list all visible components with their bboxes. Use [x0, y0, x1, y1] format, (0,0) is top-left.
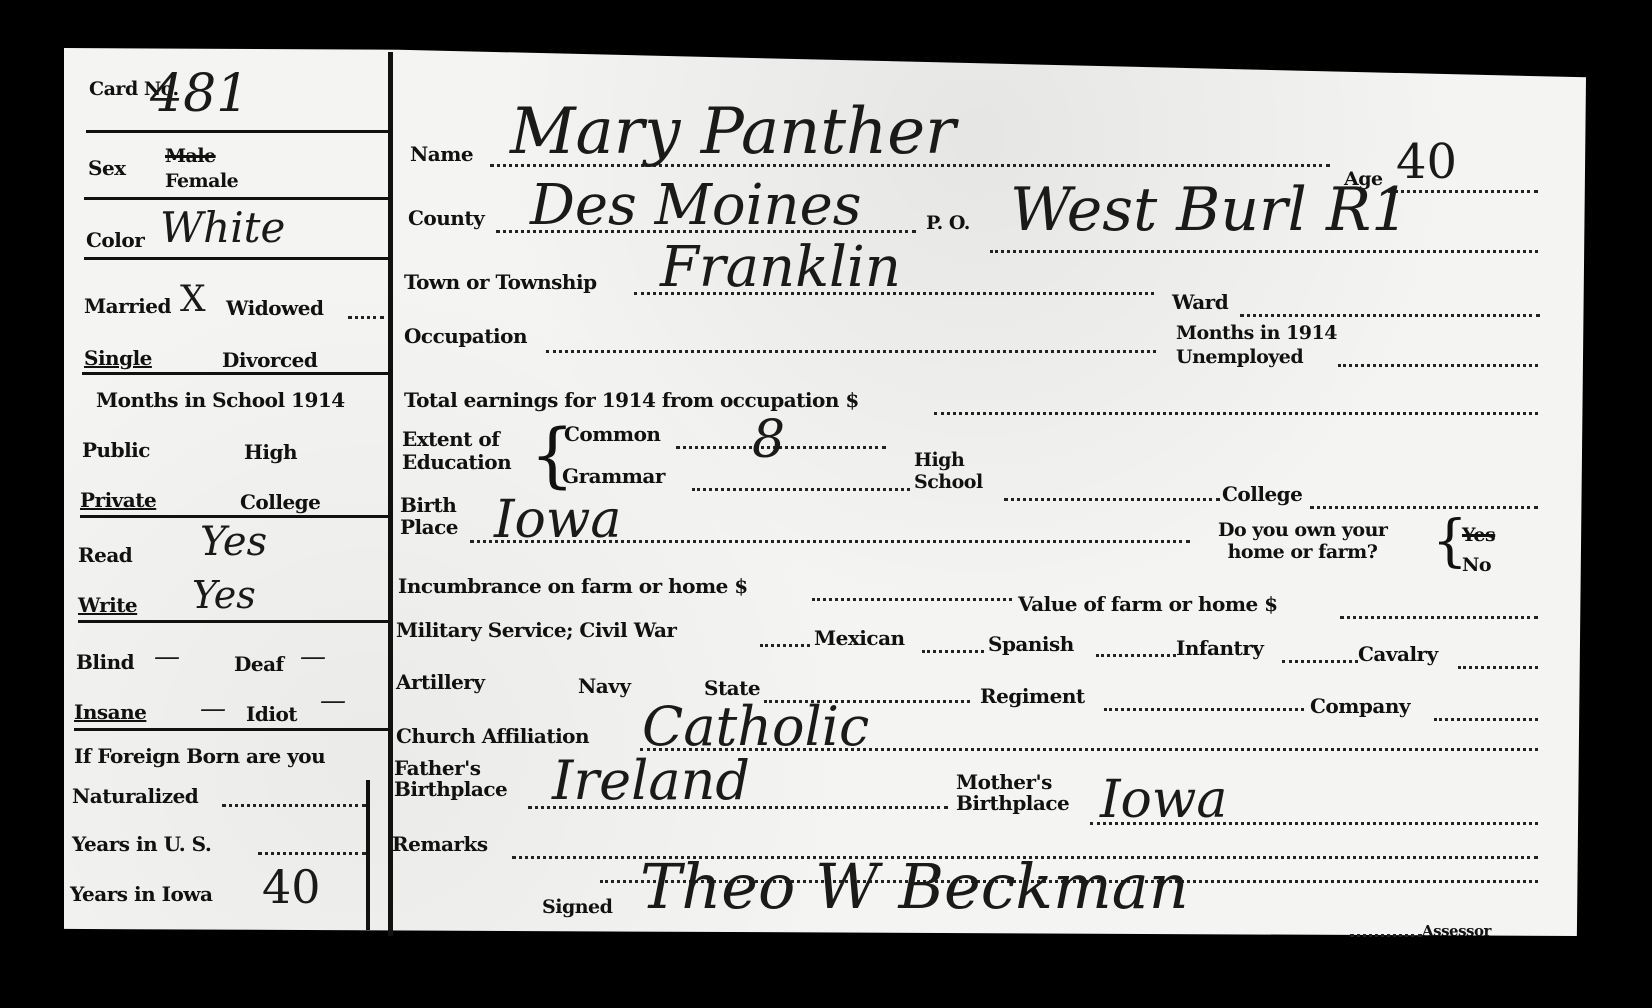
high-school-line2: School: [914, 472, 983, 494]
dotted-line: [1350, 934, 1422, 937]
dotted-line: [1004, 498, 1220, 501]
married-label: Married: [84, 296, 171, 316]
own-home-label: Do you own your home or farm?: [1218, 520, 1387, 564]
signed-label: Signed: [542, 898, 612, 917]
sex-option-male: Male: [165, 147, 216, 166]
church-label: Church Affiliation: [396, 726, 589, 746]
sex-option-female: Female: [165, 172, 238, 191]
own-home-line1: Do you own your: [1218, 520, 1387, 542]
father-birthplace-label: Father's Birthplace: [394, 758, 507, 800]
column-divider: [388, 52, 393, 936]
dotted-line: [1458, 666, 1538, 669]
father-birthplace-line2: Birthplace: [394, 779, 507, 800]
own-home-line2: home or farm?: [1218, 542, 1387, 564]
military-cavalry: Cavalry: [1358, 644, 1438, 664]
idiot-value: —: [320, 688, 346, 714]
single-label: Single: [84, 348, 152, 368]
public-label: Public: [82, 440, 150, 460]
mother-birthplace-line1: Mother's: [956, 772, 1069, 793]
own-home-option-no: No: [1462, 556, 1491, 575]
grammar-label: Grammar: [562, 466, 665, 486]
rule: [84, 197, 388, 200]
months-unemployed-line1: Months in 1914: [1176, 322, 1337, 346]
years-in-iowa-value: 40: [262, 864, 321, 910]
mother-birthplace-line2: Birthplace: [956, 793, 1069, 814]
common-value: 8: [752, 414, 785, 466]
education-label-line2: Education: [402, 451, 511, 474]
rule: [86, 130, 388, 133]
military-label: Military Service; Civil War: [396, 620, 676, 640]
married-mark: X: [180, 282, 206, 318]
rule: [78, 620, 388, 623]
dotted-line: [348, 316, 384, 319]
incumbrance-label: Incumbrance on farm or home $: [398, 576, 748, 596]
military-infantry: Infantry: [1176, 638, 1263, 658]
dotted-line: [934, 412, 1538, 415]
months-unemployed-line2: Unemployed: [1176, 346, 1337, 370]
rule: [82, 372, 388, 375]
birth-place-label: Birth Place: [400, 494, 458, 538]
blind-value: —: [154, 644, 180, 670]
naturalized-label: Naturalized: [72, 786, 198, 806]
sex-label: Sex: [88, 158, 126, 178]
high-label: High: [244, 442, 297, 462]
dotted-line: [222, 804, 366, 807]
college-label-right: College: [1222, 484, 1302, 504]
dotted-line: [546, 350, 1156, 353]
value-of-farm-label: Value of farm or home $: [1018, 594, 1278, 614]
mother-birthplace-label: Mother's Birthplace: [956, 772, 1069, 814]
military-navy: Navy: [578, 676, 630, 696]
dotted-line: [1388, 190, 1538, 193]
dotted-line: [1240, 314, 1540, 317]
dotted-line: [1310, 506, 1538, 509]
months-in-school-heading: Months in School 1914: [96, 390, 345, 410]
town-label: Town or Township: [404, 272, 597, 292]
military-artillery: Artillery: [396, 672, 484, 692]
common-label: Common: [564, 424, 660, 444]
rule: [74, 728, 388, 731]
widowed-label: Widowed: [226, 298, 323, 318]
dotted-line: [1340, 616, 1538, 619]
ward-label: Ward: [1172, 292, 1228, 312]
rule: [80, 515, 388, 518]
years-in-us-label: Years in U. S.: [72, 834, 211, 854]
idiot-label: Idiot: [246, 704, 297, 724]
dotted-line: [1104, 708, 1304, 711]
po-label: P. O.: [926, 214, 970, 233]
mother-birthplace-value: Iowa: [1100, 774, 1227, 826]
deaf-value: —: [300, 644, 326, 670]
dotted-line: [1338, 364, 1538, 367]
private-label: Private: [80, 490, 156, 510]
dotted-line: [812, 598, 1012, 601]
assessor-label: Assessor: [1422, 924, 1491, 939]
father-birthplace-line1: Father's: [394, 758, 507, 779]
military-regiment: Regiment: [980, 686, 1085, 706]
color-label: Color: [86, 230, 144, 250]
column-divider-lower: [366, 780, 370, 930]
signed-value: Theo W Beckman: [640, 856, 1189, 918]
insane-label: Insane: [74, 702, 146, 722]
dotted-line: [1282, 660, 1358, 663]
high-school-line1: High: [914, 450, 983, 472]
write-label: Write: [78, 595, 137, 615]
blind-label: Blind: [76, 652, 134, 672]
own-home-option-yes: Yes: [1462, 526, 1495, 545]
divorced-label: Divorced: [222, 350, 317, 370]
occupation-label: Occupation: [404, 326, 527, 346]
color-value: White: [160, 207, 285, 249]
read-value: Yes: [200, 522, 267, 562]
write-value: Yes: [192, 576, 256, 614]
county-value: Des Moines: [530, 178, 862, 234]
name-label: Name: [410, 144, 473, 164]
dotted-line: [990, 250, 1538, 253]
dotted-line: [258, 852, 366, 855]
military-company: Company: [1310, 696, 1410, 716]
years-in-iowa-label: Years in Iowa: [70, 884, 212, 904]
town-value: Franklin: [660, 240, 901, 296]
card-no-value: 481: [150, 68, 249, 120]
deaf-label: Deaf: [234, 654, 284, 674]
months-unemployed-label: Months in 1914 Unemployed: [1176, 322, 1337, 370]
dotted-line: [1434, 718, 1538, 721]
po-value: West Burl R1: [1010, 180, 1409, 240]
birth-place-line1: Birth: [400, 494, 458, 516]
dotted-line: [692, 488, 910, 491]
read-label: Read: [78, 545, 132, 565]
dotted-line: [922, 650, 984, 653]
dotted-line: [760, 644, 810, 647]
name-value: Mary Panther: [510, 100, 956, 164]
birth-place-value: Iowa: [494, 494, 621, 546]
church-value: Catholic: [642, 700, 869, 754]
insane-value: —: [200, 696, 226, 722]
high-school-label: High School: [914, 450, 983, 494]
birth-place-line2: Place: [400, 516, 458, 538]
rule: [84, 257, 388, 260]
college-label-left: College: [240, 492, 320, 512]
dotted-line: [1096, 654, 1176, 657]
remarks-label: Remarks: [392, 834, 488, 854]
total-earnings-label: Total earnings for 1914 from occupation …: [404, 390, 859, 410]
father-birthplace-value: Ireland: [552, 754, 750, 808]
education-label: Extent of Education: [402, 428, 511, 474]
county-label: County: [408, 208, 484, 228]
education-label-line1: Extent of: [402, 428, 511, 451]
military-mexican: Mexican: [814, 628, 905, 648]
foreign-born-label: If Foreign Born are you: [74, 746, 325, 766]
military-spanish: Spanish: [988, 634, 1074, 654]
